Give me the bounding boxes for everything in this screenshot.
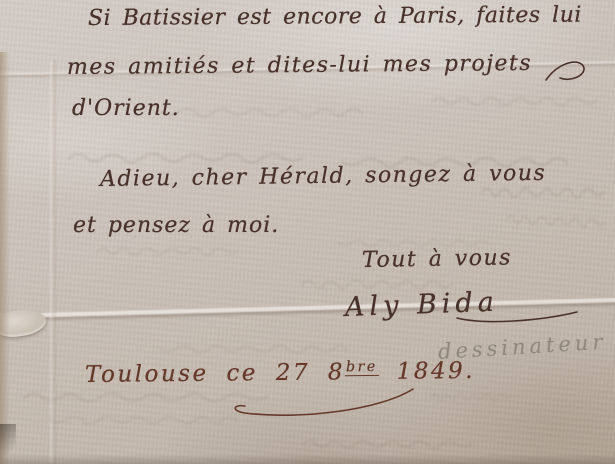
bleed-through-squiggle xyxy=(65,148,315,165)
bleed-through-squiggle xyxy=(300,436,480,450)
fold-crease-middle xyxy=(0,298,615,323)
dateline-month-suffix: bre xyxy=(345,359,379,376)
body-line-1: Si Batissier est encore à Paris, faites … xyxy=(88,3,582,31)
dateline-flourish xyxy=(215,384,420,424)
fold-crease-vertical xyxy=(50,60,57,464)
bleed-through-squiggle xyxy=(40,412,240,426)
signature: Aly Bida xyxy=(344,287,499,323)
bleed-through-squiggle xyxy=(505,210,610,230)
bleed-through-squiggle xyxy=(150,103,365,119)
bleed-through-squiggle xyxy=(150,341,350,355)
bleed-through-squiggle xyxy=(430,390,515,402)
dateline-year: 1849. xyxy=(397,358,476,385)
paper-chip-tear xyxy=(0,307,48,340)
dateline-place-day: Toulouse ce 27 xyxy=(85,360,310,388)
body-line-5: et pensez à moi. xyxy=(73,213,279,238)
body-line-3: d'Orient. xyxy=(72,96,180,121)
bottom-edge-shadow xyxy=(0,454,615,464)
bleed-through-squiggle xyxy=(95,243,245,257)
bottom-left-corner-shadow xyxy=(0,424,16,464)
projets-swash-flourish xyxy=(542,56,590,86)
dateline: Toulouse ce 27 8bre 1849. xyxy=(85,358,475,388)
bleed-through-squiggle xyxy=(430,92,605,108)
dateline-month-number: 8 xyxy=(328,359,345,385)
letter-photo: Si Batissier est encore à Paris, faites … xyxy=(0,0,615,464)
closing-line: Tout à vous xyxy=(362,245,512,273)
body-line-4: Adieu, cher Hérald, songez à vous xyxy=(100,161,547,192)
body-line-2: mes amitiés et dites-lui mes projets xyxy=(67,51,532,80)
bleed-through-squiggle xyxy=(20,388,280,404)
left-edge-shadow xyxy=(0,52,10,464)
